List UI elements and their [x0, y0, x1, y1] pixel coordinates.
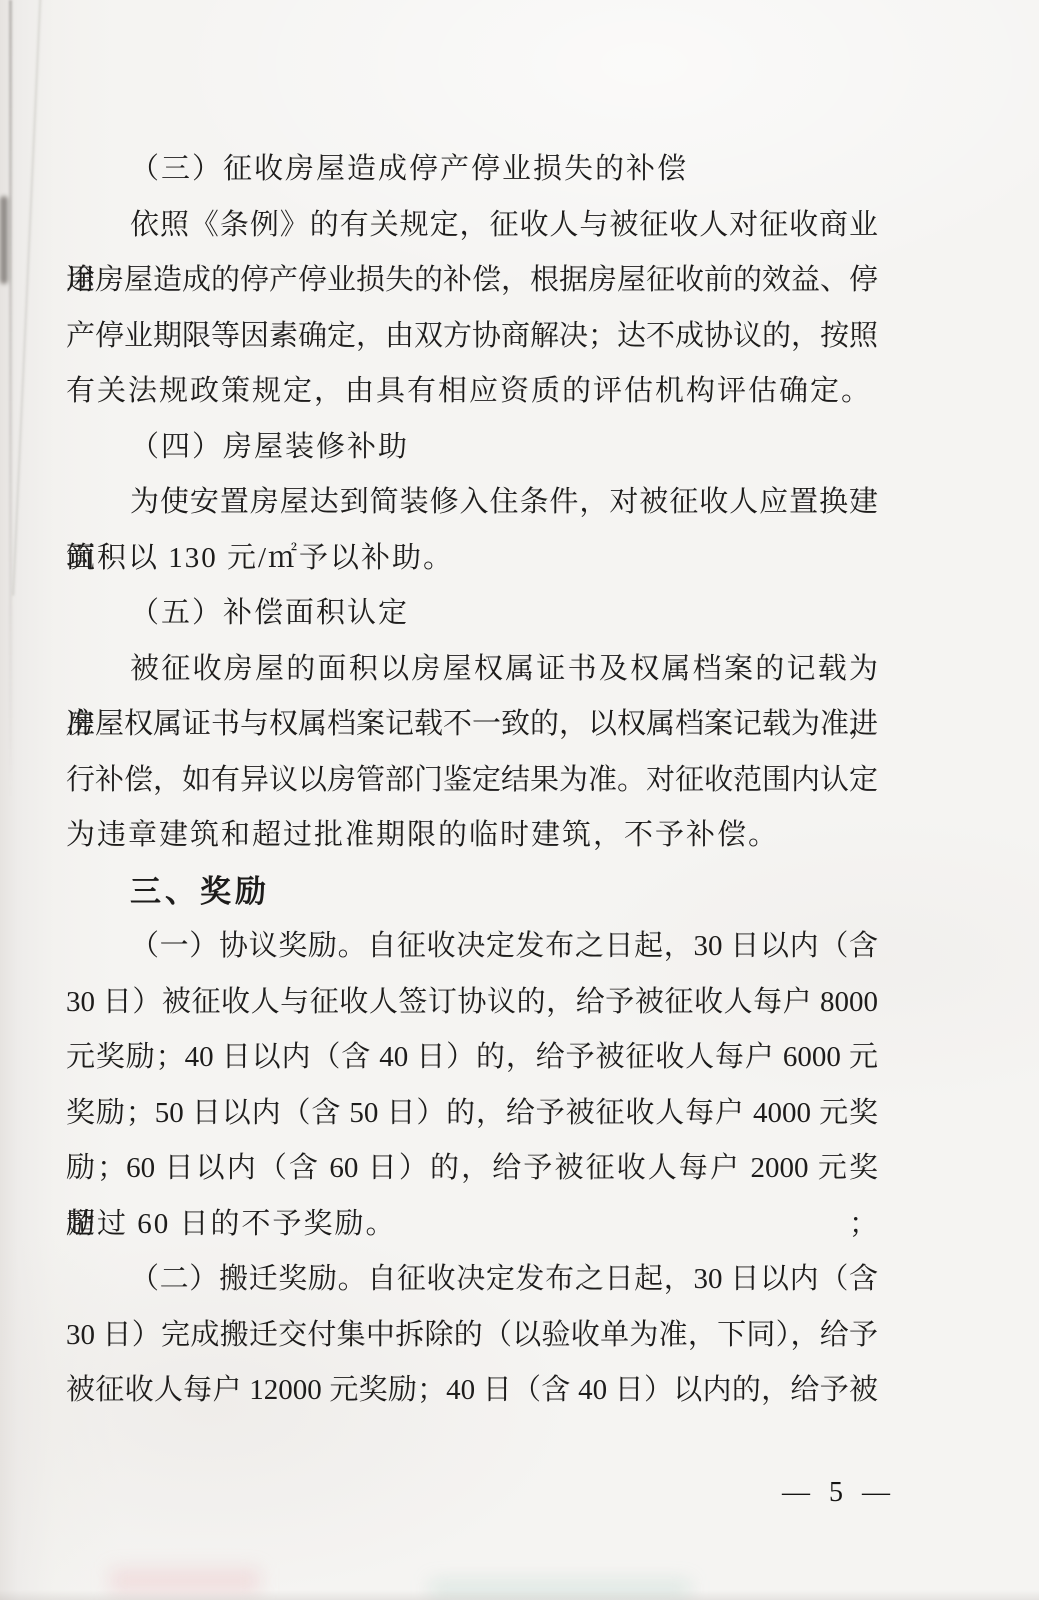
text-line: 行补偿，如有异议以房管部门鉴定结果为准。对征收范围内认定	[66, 753, 878, 809]
text-line: 奖励；50 日以内（含 50 日）的，给予被征收人每户 4000 元奖	[66, 1086, 878, 1142]
scan-crease-line	[12, 0, 42, 596]
scan-bottom-shade	[0, 1590, 1039, 1600]
part-3-heading: 三、奖励	[66, 864, 878, 920]
text-line: 面积以 130 元/㎡予以补助。	[66, 531, 878, 587]
text-line: 产停业期限等因素确定，由双方协商解决；达不成协议的，按照	[66, 309, 878, 365]
document-body: （三）征收房屋造成停产停业损失的补偿 依照《条例》的有关规定，征收人与被征收人对…	[66, 142, 878, 1419]
text-line: 元奖励；40 日以内（含 40 日）的，给予被征收人每户 6000 元	[66, 1030, 878, 1086]
scan-edge-streak	[9, 0, 12, 800]
text-line: 被征收房屋的面积以房屋权属证书及权属档案的记载为准，	[66, 642, 878, 698]
text-line: （一）协议奖励。自征收决定发布之日起，30 日以内（含	[66, 919, 878, 975]
text-line: 30 日）被征收人与征收人签订协议的，给予被征收人每户 8000	[66, 975, 878, 1031]
text-line: 30 日）完成搬迁交付集中拆除的（以验收单为准，下同），给予	[66, 1308, 878, 1364]
text-line: 房屋权属证书与权属档案记载不一致的，以权属档案记载为准进	[66, 697, 878, 753]
section-5-heading: （五）补偿面积认定	[66, 586, 878, 642]
text-line: （二）搬迁奖励。自征收决定发布之日起，30 日以内（含	[66, 1252, 878, 1308]
text-line: 为使安置房屋达到简装修入住条件，对被征收人应置换建筑	[66, 475, 878, 531]
text-line: 被征收人每户 12000 元奖励；40 日（含 40 日）以内的，给予被	[66, 1363, 878, 1419]
section-4-heading: （四）房屋装修补助	[66, 420, 878, 476]
text-line: 依照《条例》的有关规定，征收人与被征收人对征收商业用	[66, 198, 878, 254]
scanned-document-page: （三）征收房屋造成停产停业损失的补偿 依照《条例》的有关规定，征收人与被征收人对…	[0, 0, 1039, 1600]
scan-edge-smudge	[0, 196, 8, 284]
page-number: — 5 —	[782, 1477, 896, 1509]
text-line: 有关法规政策规定，由具有相应资质的评估机构评估确定。	[66, 364, 878, 420]
text-line: 途房屋造成的停产停业损失的补偿，根据房屋征收前的效益、停	[66, 253, 878, 309]
section-3-heading: （三）征收房屋造成停产停业损失的补偿	[66, 142, 878, 198]
text-line: 为违章建筑和超过批准期限的临时建筑，不予补偿。	[66, 808, 878, 864]
text-line: 励；60 日以内（含 60 日）的，给予被征收人每户 2000 元奖励；	[66, 1141, 878, 1197]
